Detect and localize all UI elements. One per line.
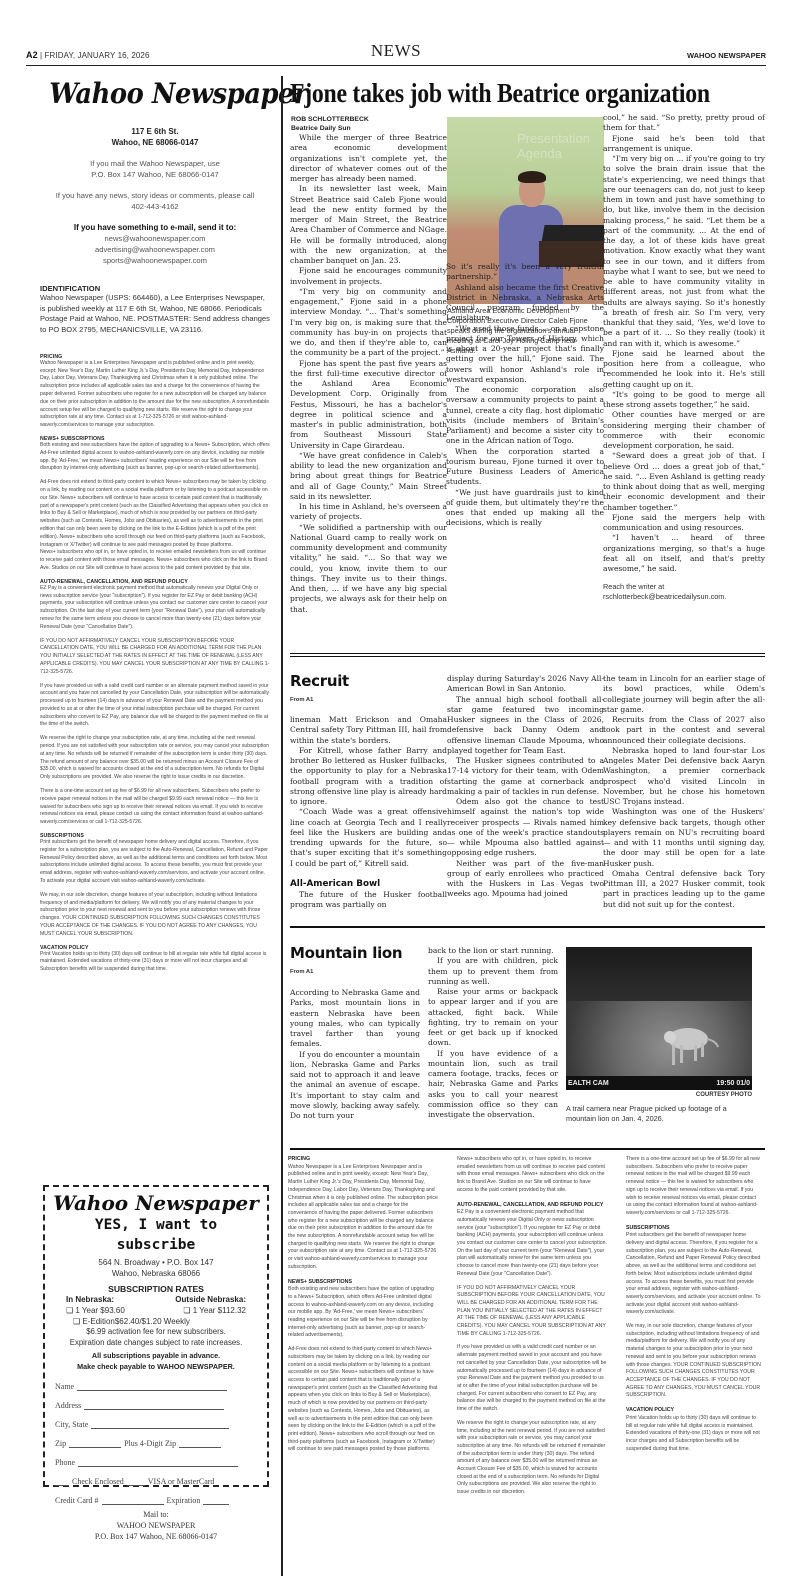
credit-card-text: If you have provided us with a valid cre… — [40, 683, 270, 730]
policy-fine-print: PRICING Wahoo Newspaper is a Lee Enterpr… — [40, 354, 270, 974]
zip-field[interactable]: ZipPlus 4-Digit Zip — [53, 1429, 259, 1448]
article-column-3: cool,” he said. “So pretty, pretty proud… — [603, 113, 765, 602]
newsletter-text: News+ subscribers who opt in, or have op… — [40, 549, 270, 572]
email-list: news@wahoonewspaper.com advertising@waho… — [40, 233, 270, 266]
rate-change-text: We reserve the right to change your subs… — [40, 735, 270, 782]
setup-fee-text: There is a one-time account set up fee o… — [40, 788, 270, 827]
phone-number[interactable]: 402-443-4162 — [40, 201, 270, 212]
credit-card-field[interactable]: Credit Card #Expiration — [53, 1486, 259, 1505]
activation-fee-note: $6.99 activation fee for new subscribers… — [53, 1327, 259, 1338]
coupon-title: YES, I want to subscribe — [53, 1215, 259, 1255]
discretion-text: We may, in our sole discretion, change f… — [40, 892, 270, 939]
payable-note: All subscriptions payable in advance. Ma… — [53, 1350, 259, 1372]
legal-column-2: News+ subscribers who opt in, or have op… — [457, 1156, 607, 1497]
projected-slide-text: Presentation Agenda — [517, 131, 604, 161]
name-field[interactable]: Name — [53, 1372, 259, 1391]
mountain-lion-jump-line: From A1 — [290, 969, 313, 975]
newsplus-text: Both existing and new subscribers have t… — [40, 442, 270, 473]
out-state-year-checkbox[interactable]: ❏ 1 Year $112.32 — [183, 1305, 246, 1316]
identification-heading: IDENTIFICATION — [40, 284, 270, 293]
rates-heading: SUBSCRIPTION RATES — [53, 1284, 259, 1294]
email-link-news[interactable]: news@wahoonewspaper.com — [40, 233, 270, 244]
pricing-text: Wahoo Newspaper is a Lee Enterprises New… — [40, 360, 270, 430]
mountain-lion-title: Mountain lion — [290, 944, 402, 962]
section-divider — [290, 926, 765, 928]
news-tip-info: If you have any news, story ideas or com… — [40, 190, 270, 212]
info-sidebar: Wahoo Newspaper 117 E 6th St. Wahoo, NE … — [40, 76, 270, 974]
phone-field[interactable]: Phone — [53, 1448, 259, 1467]
recruit-column-1: lineman Matt Erickson and Omaha Central … — [290, 715, 447, 910]
recruit-column-3: the team in Lincoln for an earlier stage… — [603, 674, 765, 910]
section-divider — [290, 653, 765, 657]
office-address: 117 E 6th St. Wahoo, NE 68066-0147 — [40, 126, 270, 148]
author-org: Beatrice Daily Sun — [291, 124, 369, 133]
photo-credit: COURTESY PHOTO — [566, 1092, 752, 1098]
recruit-jump-line: From A1 — [290, 697, 313, 703]
trail-camera-photo: EALTH CAM 19:50 01/0 — [566, 947, 752, 1090]
article-headline: Fjone takes job with Beatrice organizati… — [290, 76, 712, 110]
page-header: A2 | FRIDAY, JANUARY 16, 2026 NEWS WAHOO… — [26, 42, 766, 66]
recruit-column-2: display during Saturday's 2026 Navy All-… — [447, 674, 604, 900]
city-state-field[interactable]: City, State — [53, 1410, 259, 1429]
legal-column-1: PRICING Wahoo Newspaper is a Lee Enterpr… — [288, 1156, 438, 1454]
subscription-coupon: Wahoo Newspaper YES, I want to subscribe… — [43, 1185, 269, 1487]
address-field[interactable]: Address — [53, 1391, 259, 1410]
page-date-line: A2 | FRIDAY, JANUARY 16, 2026 — [26, 50, 150, 60]
subscriptions-text: Print subscribers get the benefit of new… — [40, 839, 270, 886]
mail-info: If you mail the Wahoo Newspaper, use P.O… — [40, 158, 270, 180]
masthead-logo: Wahoo Newspaper — [49, 76, 261, 116]
recruit-subhead: All-American Bowl — [290, 878, 447, 890]
identification-text: Wahoo Newspaper (USPS: 664460), a Lee En… — [40, 293, 270, 336]
article-byline: ROB SCHLOTTERBECK Beatrice Daily Sun — [291, 115, 369, 133]
rates-region-labels: In Nebraska: Outside Nebraska: — [53, 1294, 259, 1305]
email-heading: If you have something to e-mail, send it… — [40, 222, 270, 233]
paper-name: WAHOO NEWSPAPER — [687, 51, 766, 60]
in-state-year-checkbox[interactable]: ❏ 1 Year $93.60 — [66, 1305, 125, 1316]
email-link-sports[interactable]: sports@wahoonewspaper.com — [40, 255, 270, 266]
article-column-2: So it's really it's been a very fruitful… — [446, 262, 604, 529]
legal-column-3: There is a one-time account set up fee o… — [626, 1156, 761, 1453]
payment-method-field[interactable]: Check EnclosedVISA or MasterCard — [53, 1467, 259, 1486]
autorenew-text: EZ Pay is a convenient electronic paymen… — [40, 585, 270, 632]
column-divider — [281, 76, 283, 1576]
lion-column-1: According to Nebraska Game and Parks, mo… — [290, 988, 420, 1121]
issue-date: FRIDAY, JANUARY 16, 2026 — [45, 51, 150, 60]
mail-to-address: Mail to: WAHOO NEWSPAPER P.O. Box 147 Wa… — [53, 1509, 259, 1542]
section-divider — [290, 1148, 765, 1150]
rates-year-options: ❏ 1 Year $93.60 ❏ 1 Year $112.32 — [53, 1305, 259, 1316]
article-column-1: While the merger of three Beatrice area … — [290, 133, 447, 615]
mountain-lion-figure — [566, 947, 752, 1090]
vacation-text: Print Vacation holds up to thirty (30) d… — [40, 951, 270, 974]
lion-photo-caption: A trail camera near Prague picked up foo… — [566, 1104, 752, 1124]
coupon-masthead: Wahoo Newspaper — [53, 1191, 259, 1215]
cancel-notice-text: IF YOU DO NOT AFFIRMATIVELY CANCEL YOUR … — [40, 638, 270, 677]
page-number: A2 — [26, 50, 38, 60]
adfree-text: Ad-Free does not extend to third-party c… — [40, 479, 270, 549]
coupon-address: 564 N. Broadway • P.O. Box 147 Wahoo, Ne… — [53, 1257, 259, 1279]
eedition-checkbox[interactable]: ❏ E-Edition$62.40/$1.20 Weekly — [53, 1316, 259, 1327]
email-link-advertising[interactable]: advertising@wahoonewspaper.com — [40, 244, 270, 255]
expiration-note: Expiration date changes subject to rate … — [53, 1338, 259, 1349]
writer-contact[interactable]: Reach the writer at rschlotterbeck@beatr… — [603, 582, 765, 602]
author-name: ROB SCHLOTTERBECK — [291, 115, 369, 124]
lion-column-2: back to the lion or start running. If yo… — [428, 946, 558, 1120]
recruit-title: Recruit — [290, 672, 349, 690]
camera-info-bar: EALTH CAM 19:50 01/0 — [566, 1076, 752, 1090]
